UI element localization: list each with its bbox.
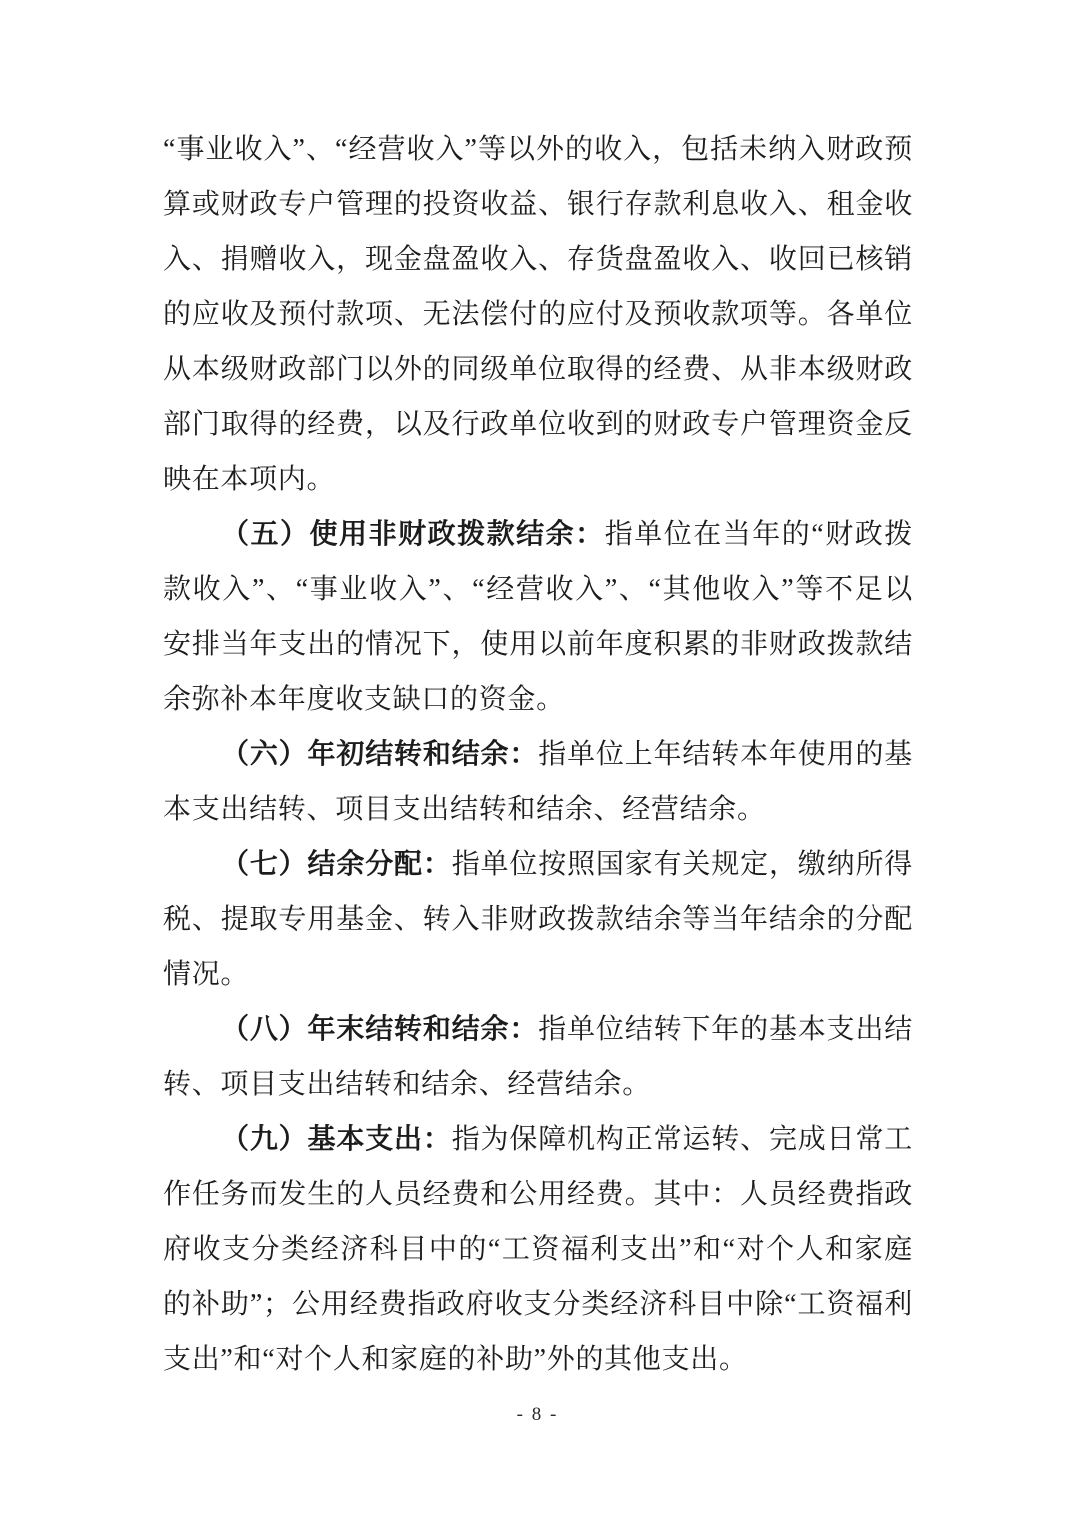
paragraph-heading: （六）年初结转和结余： <box>221 739 538 770</box>
paragraph-heading: （八）年末结转和结余： <box>221 1014 538 1045</box>
paragraph-heading: （五）使用非财政拨款结余： <box>221 519 605 550</box>
paragraph-text: “事业收入”、“经营收入”等以外的收入，包括未纳入财政预算或财政专户管理的投资收… <box>163 134 913 495</box>
paragraph-heading: （七）结余分配： <box>221 849 452 880</box>
paragraph: （七）结余分配：指单位按照国家有关规定，缴纳所得税、提取专用基金、转入非财政拨款… <box>163 837 913 1002</box>
document-body: “事业收入”、“经营收入”等以外的收入，包括未纳入财政预算或财政专户管理的投资收… <box>163 122 913 1387</box>
page-number: - 8 - <box>517 1404 559 1425</box>
paragraph: （八）年末结转和结余：指单位结转下年的基本支出结转、项目支出结转和结余、经营结余… <box>163 1002 913 1112</box>
page-footer: - 8 - <box>0 1400 1075 1430</box>
paragraph: （五）使用非财政拨款结余：指单位在当年的“财政拨款收入”、“事业收入”、“经营收… <box>163 507 913 727</box>
paragraph-heading: （九）基本支出： <box>221 1124 452 1155</box>
document-page: “事业收入”、“经营收入”等以外的收入，包括未纳入财政预算或财政专户管理的投资收… <box>0 0 1075 1520</box>
paragraph-text: 指为保障机构正常运转、完成日常工作任务而发生的人员经费和公用经费。其中：人员经费… <box>163 1124 913 1375</box>
paragraph: （九）基本支出：指为保障机构正常运转、完成日常工作任务而发生的人员经费和公用经费… <box>163 1112 913 1387</box>
paragraph: “事业收入”、“经营收入”等以外的收入，包括未纳入财政预算或财政专户管理的投资收… <box>163 122 913 507</box>
paragraph: （六）年初结转和结余：指单位上年结转本年使用的基本支出结转、项目支出结转和结余、… <box>163 727 913 837</box>
